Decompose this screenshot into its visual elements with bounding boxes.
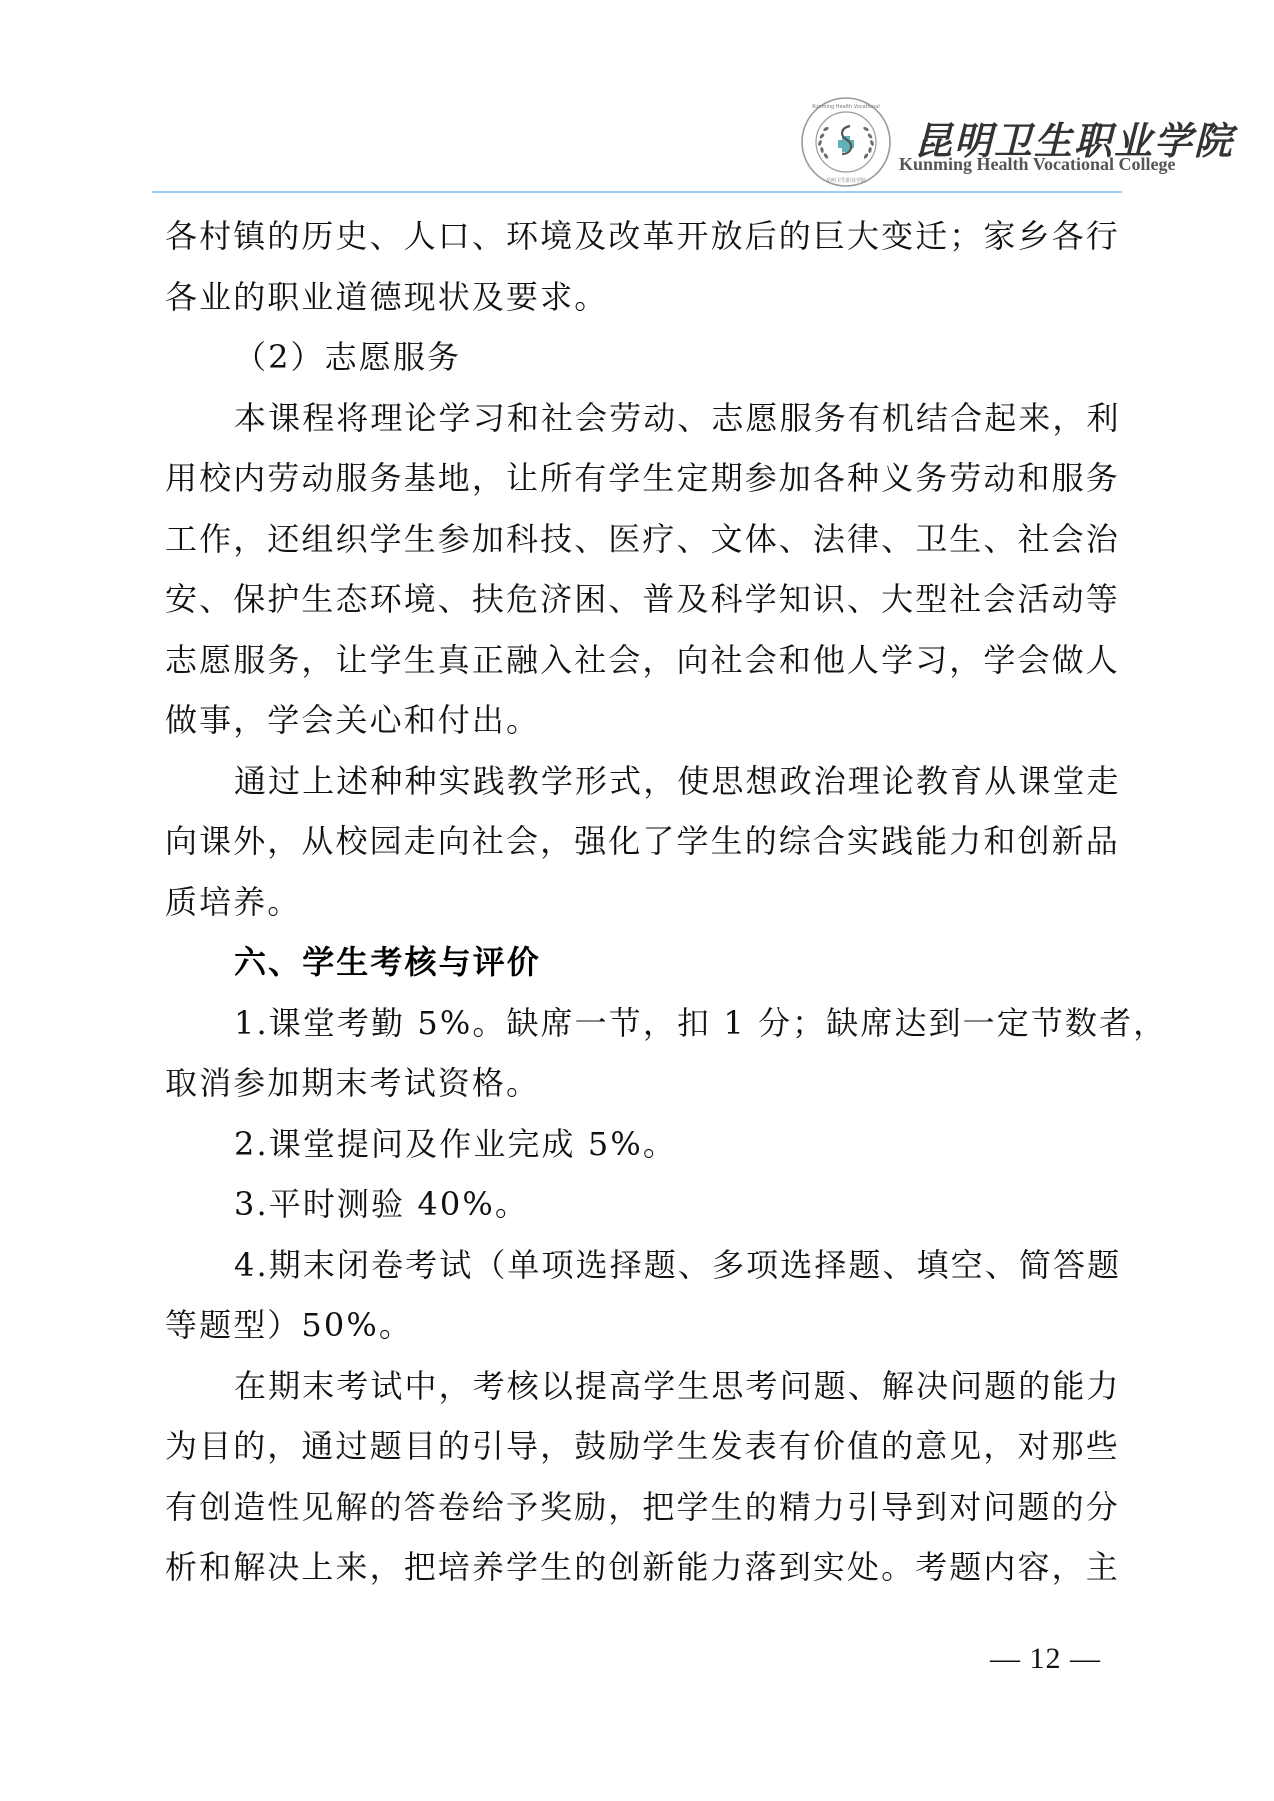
header-divider	[152, 191, 1122, 193]
text-line: 志愿服务，让学生真正融入社会，向社会和他人学习，学会做人	[165, 630, 1125, 691]
paragraph-start-line: 在期末考试中，考核以提高学生思考问题、解决问题的能力	[165, 1356, 1125, 1417]
text-line: 为目的，通过题目的引导，鼓励学生发表有价值的意见，对那些	[165, 1416, 1125, 1477]
list-item-homework: 2.课堂提问及作业完成 5%。	[165, 1114, 1125, 1175]
text-line: 安、保护生态环境、扶危济困、普及科学知识、大型社会活动等	[165, 569, 1125, 630]
document-body: 各村镇的历史、人口、环境及改革开放后的巨大变迁；家乡各行 各业的职业道德现状及要…	[165, 206, 1125, 1598]
svg-text:Kunming Health Vocational: Kunming Health Vocational	[812, 104, 880, 110]
college-name-english: Kunming Health Vocational College	[899, 154, 1176, 175]
svg-text:昆明卫生职业学院: 昆明卫生职业学院	[826, 177, 866, 184]
text-line: 做事，学会关心和付出。	[165, 690, 1125, 751]
list-item-final-exam: 4.期末闭卷考试（单项选择题、多项选择题、填空、简答题	[165, 1235, 1125, 1296]
page-header: Kunming Health Vocational 昆明卫生职业学院 昆明卫生职…	[0, 0, 1274, 200]
text-line: 向课外，从校园走向社会，强化了学生的综合实践能力和创新品	[165, 811, 1125, 872]
page-number: — 12 —	[990, 1642, 1101, 1676]
list-item-quizzes: 3.平时测验 40%。	[165, 1174, 1125, 1235]
text-line: 有创造性见解的答卷给予奖励，把学生的精力引导到对问题的分	[165, 1477, 1125, 1538]
list-item-attendance: 1.课堂考勤 5%。缺席一节，扣 1 分；缺席达到一定节数者，	[165, 993, 1125, 1054]
text-line: 取消参加期末考试资格。	[165, 1053, 1125, 1114]
document-page: Kunming Health Vocational 昆明卫生职业学院 昆明卫生职…	[0, 0, 1274, 1801]
college-seal-logo-icon: Kunming Health Vocational 昆明卫生职业学院	[800, 96, 892, 188]
text-line: 各业的职业道德现状及要求。	[165, 267, 1125, 328]
text-line: 工作，还组织学生参加科技、医疗、文体、法律、卫生、社会治	[165, 509, 1125, 570]
text-line: 等题型）50%。	[165, 1295, 1125, 1356]
text-line: 用校内劳动服务基地，让所有学生定期参加各种义务劳动和服务	[165, 448, 1125, 509]
paragraph-start-line: 本课程将理论学习和社会劳动、志愿服务有机结合起来，利	[165, 388, 1125, 449]
text-line: 析和解决上来，把培养学生的创新能力落到实处。考题内容，主	[165, 1537, 1125, 1598]
text-line: 各村镇的历史、人口、环境及改革开放后的巨大变迁；家乡各行	[165, 206, 1125, 267]
section-heading: 六、学生考核与评价	[165, 932, 1125, 993]
paragraph-start-line: 通过上述种种实践教学形式，使思想政治理论教育从课堂走	[165, 751, 1125, 812]
text-line: 质培养。	[165, 872, 1125, 933]
subsection-heading: （2）志愿服务	[165, 327, 1125, 388]
